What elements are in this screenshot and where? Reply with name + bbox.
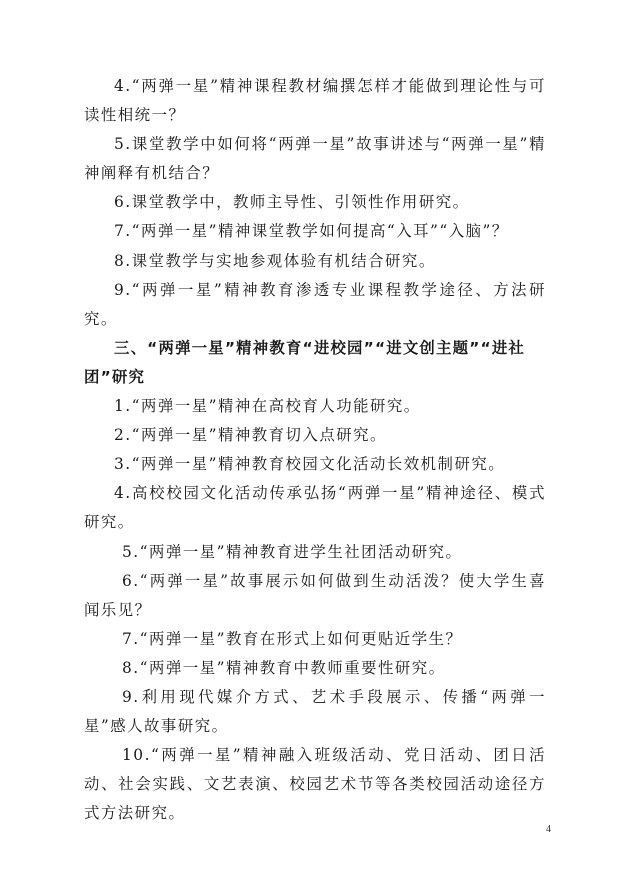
section-item-6: 6.“两弹一星”故事展示如何做到生动活泼？使大学生喜闻乐见？ (84, 567, 546, 625)
section-item-7: 7.“两弹一星”教育在形式上如何更贴近学生？ (84, 625, 546, 654)
section-item-9: 9.利用现代媒介方式、艺术手段展示、传播“两弹一星”感人故事研究。 (84, 683, 546, 741)
section-item-1: 1.“两弹一星”精神在高校育人功能研究。 (84, 392, 546, 421)
section-item-8: 8.“两弹一星”精神教育中教师重要性研究。 (84, 654, 546, 683)
section-item-4: 4.高校校园文化活动传承弘扬“两弹一星”精神途径、模式研究。 (84, 479, 546, 537)
paragraph-item-9: 9.“两弹一星”精神教育渗透专业课程教学途径、方法研究。 (84, 276, 546, 334)
section-item-3: 3.“两弹一星”精神教育校园文化活动长效机制研究。 (84, 450, 546, 479)
paragraph-item-8: 8.课堂教学与实地参观体验有机结合研究。 (84, 247, 546, 276)
paragraph-item-7: 7.“两弹一星”精神课堂教学如何提高“入耳”“入脑”？ (84, 217, 546, 246)
paragraph-item-6: 6.课堂教学中，教师主导性、引领性作用研究。 (84, 188, 546, 217)
page-number: 4 (546, 824, 551, 835)
paragraph-item-4: 4.“两弹一星”精神课程教材编撰怎样才能做到理论性与可读性相统一？ (84, 72, 546, 130)
section-heading: 三、“两弹一星”精神教育“进校园”“进文创主题”“进社团”研究 (84, 334, 546, 392)
section-item-10: 10.“两弹一星”精神融入班级活动、党日活动、团日活动、社会实践、文艺表演、校园… (84, 741, 546, 828)
page-body: 4.“两弹一星”精神课程教材编撰怎样才能做到理论性与可读性相统一？ 5.课堂教学… (84, 72, 546, 828)
document-page: 4.“两弹一星”精神课程教材编撰怎样才能做到理论性与可读性相统一？ 5.课堂教学… (0, 0, 628, 887)
section-item-2: 2.“两弹一星”精神教育切入点研究。 (84, 421, 546, 450)
paragraph-item-5: 5.课堂教学中如何将“两弹一星”故事讲述与“两弹一星”精神阐释有机结合？ (84, 130, 546, 188)
section-item-5: 5.“两弹一星”精神教育进学生社团活动研究。 (84, 538, 546, 567)
